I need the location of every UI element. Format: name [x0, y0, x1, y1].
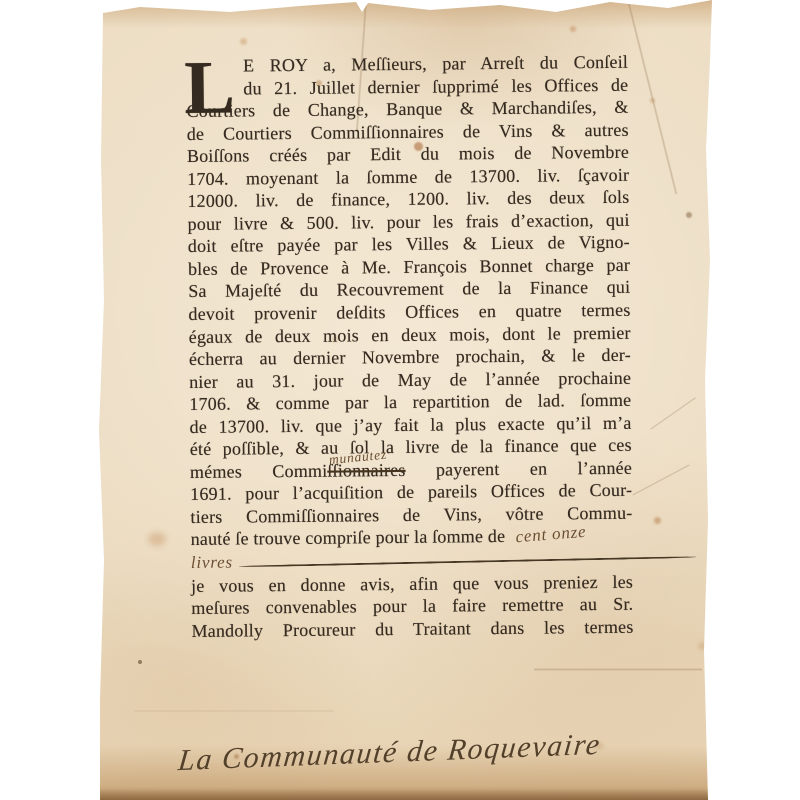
corrected-line-prefix: mémes Commi [190, 461, 328, 482]
foxing-spot [148, 532, 166, 546]
foxing-spot [650, 98, 655, 103]
handwritten-amount-unit: livres [191, 552, 233, 575]
struck-word: ſſionnairesmunautez [327, 459, 405, 482]
foxing-spot [686, 212, 692, 218]
foxing-spot [570, 26, 576, 32]
printed-text-block: L E ROY a, Meſſieurs, par Arreſt du Conſ… [186, 51, 634, 642]
amount-fill-rule [239, 556, 697, 568]
corrected-line-suffix: payerent en l’année [436, 458, 632, 480]
sum-line-printed: nauté ſe trouve compriſe pour la ſomme d… [191, 525, 506, 551]
torn-bottom-edge [94, 789, 714, 800]
foxing-spot [240, 38, 247, 45]
fold-crease [650, 397, 696, 430]
body-line: du 21. Juillet dernier ſupprimé les Offi… [243, 73, 628, 99]
body-line: E ROY a, Meſſieurs, par Arreſt du Conſei… [243, 51, 628, 77]
fold-crease [134, 710, 334, 712]
opening-paragraph: L E ROY a, Meſſieurs, par Arreſt du Conſ… [186, 51, 628, 100]
foxing-spot [138, 660, 142, 664]
handwritten-amount-words: cent onze [514, 521, 587, 549]
foxing-spot [654, 517, 661, 524]
foxing-spot [698, 642, 708, 650]
body-line: Mandolly Procureur du Traitant dans les … [191, 615, 633, 642]
fold-crease [534, 668, 702, 671]
drop-cap-letter: L [184, 59, 235, 119]
fold-crease [632, 464, 689, 496]
